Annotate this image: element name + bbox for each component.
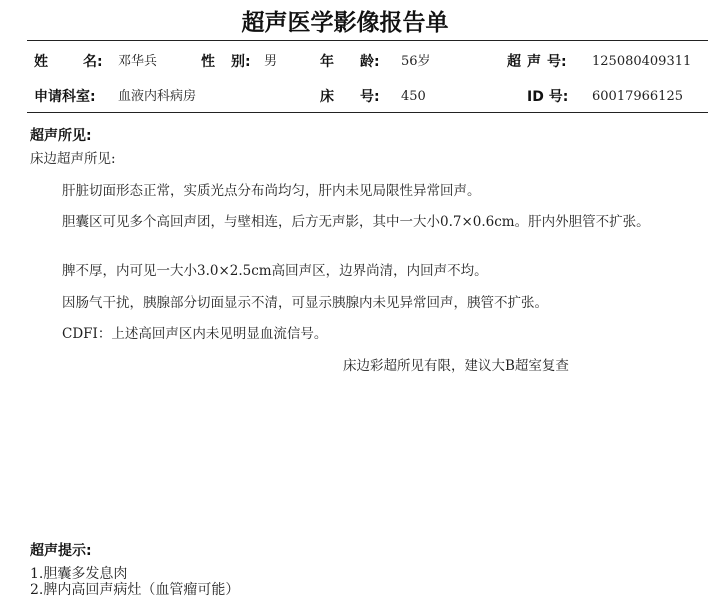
department-label: 申请科室: bbox=[34, 88, 96, 106]
department-value: 血液内科病房 bbox=[118, 88, 196, 106]
finding-gallbladder: 胆囊区可见多个高回声团，与壁相连，后方无声影，其中一大小0.7×0.6cm。肝内… bbox=[30, 212, 708, 233]
header-bottom-divider bbox=[27, 112, 708, 113]
finding-pancreas: 因肠气干扰，胰腺部分切面显示不清，可显示胰腺内未见异常回声，胰管不扩张。 bbox=[30, 293, 706, 314]
name-label: 姓名: bbox=[34, 53, 103, 71]
findings-heading: 超声所见: bbox=[30, 127, 92, 145]
gender-value: 男 bbox=[264, 53, 277, 71]
report-title: 超声医学影像报告单 bbox=[0, 4, 690, 37]
id-value: 60017966125 bbox=[592, 88, 683, 106]
gender-label: 性别: bbox=[201, 53, 251, 71]
id-label: ID 号: bbox=[527, 88, 568, 106]
finding-cdfi: CDFI：上述高回声区内未见明显血流信号。 bbox=[30, 324, 706, 345]
findings-intro: 床边超声所见: bbox=[30, 150, 116, 168]
ultrasound-no-label: 超声号: bbox=[507, 53, 567, 71]
finding-liver: 肝脏切面形态正常，实质光点分布尚均匀，肝内未见局限性异常回声。 bbox=[30, 181, 706, 202]
impression-heading: 超声提示: bbox=[30, 542, 92, 560]
bed-value: 450 bbox=[401, 88, 426, 106]
age-value: 56岁 bbox=[401, 53, 431, 71]
impression-item-1: 1.胆囊多发息肉 bbox=[30, 566, 127, 583]
header-top-divider bbox=[27, 40, 708, 41]
impression-item-2: 2.脾内高回声病灶（血管瘤可能） bbox=[30, 582, 239, 599]
findings-note: 床边彩超所见有限，建议大B超室复查 bbox=[343, 357, 569, 375]
name-value: 邓华兵 bbox=[118, 53, 157, 71]
bed-label: 床号: bbox=[320, 88, 380, 106]
ultrasound-no-value: 125080409311 bbox=[592, 53, 691, 71]
finding-spleen: 脾不厚，内可见一大小3.0×2.5cm高回声区，边界尚清，内回声不均。 bbox=[30, 261, 706, 282]
age-label: 年龄: bbox=[320, 53, 380, 71]
